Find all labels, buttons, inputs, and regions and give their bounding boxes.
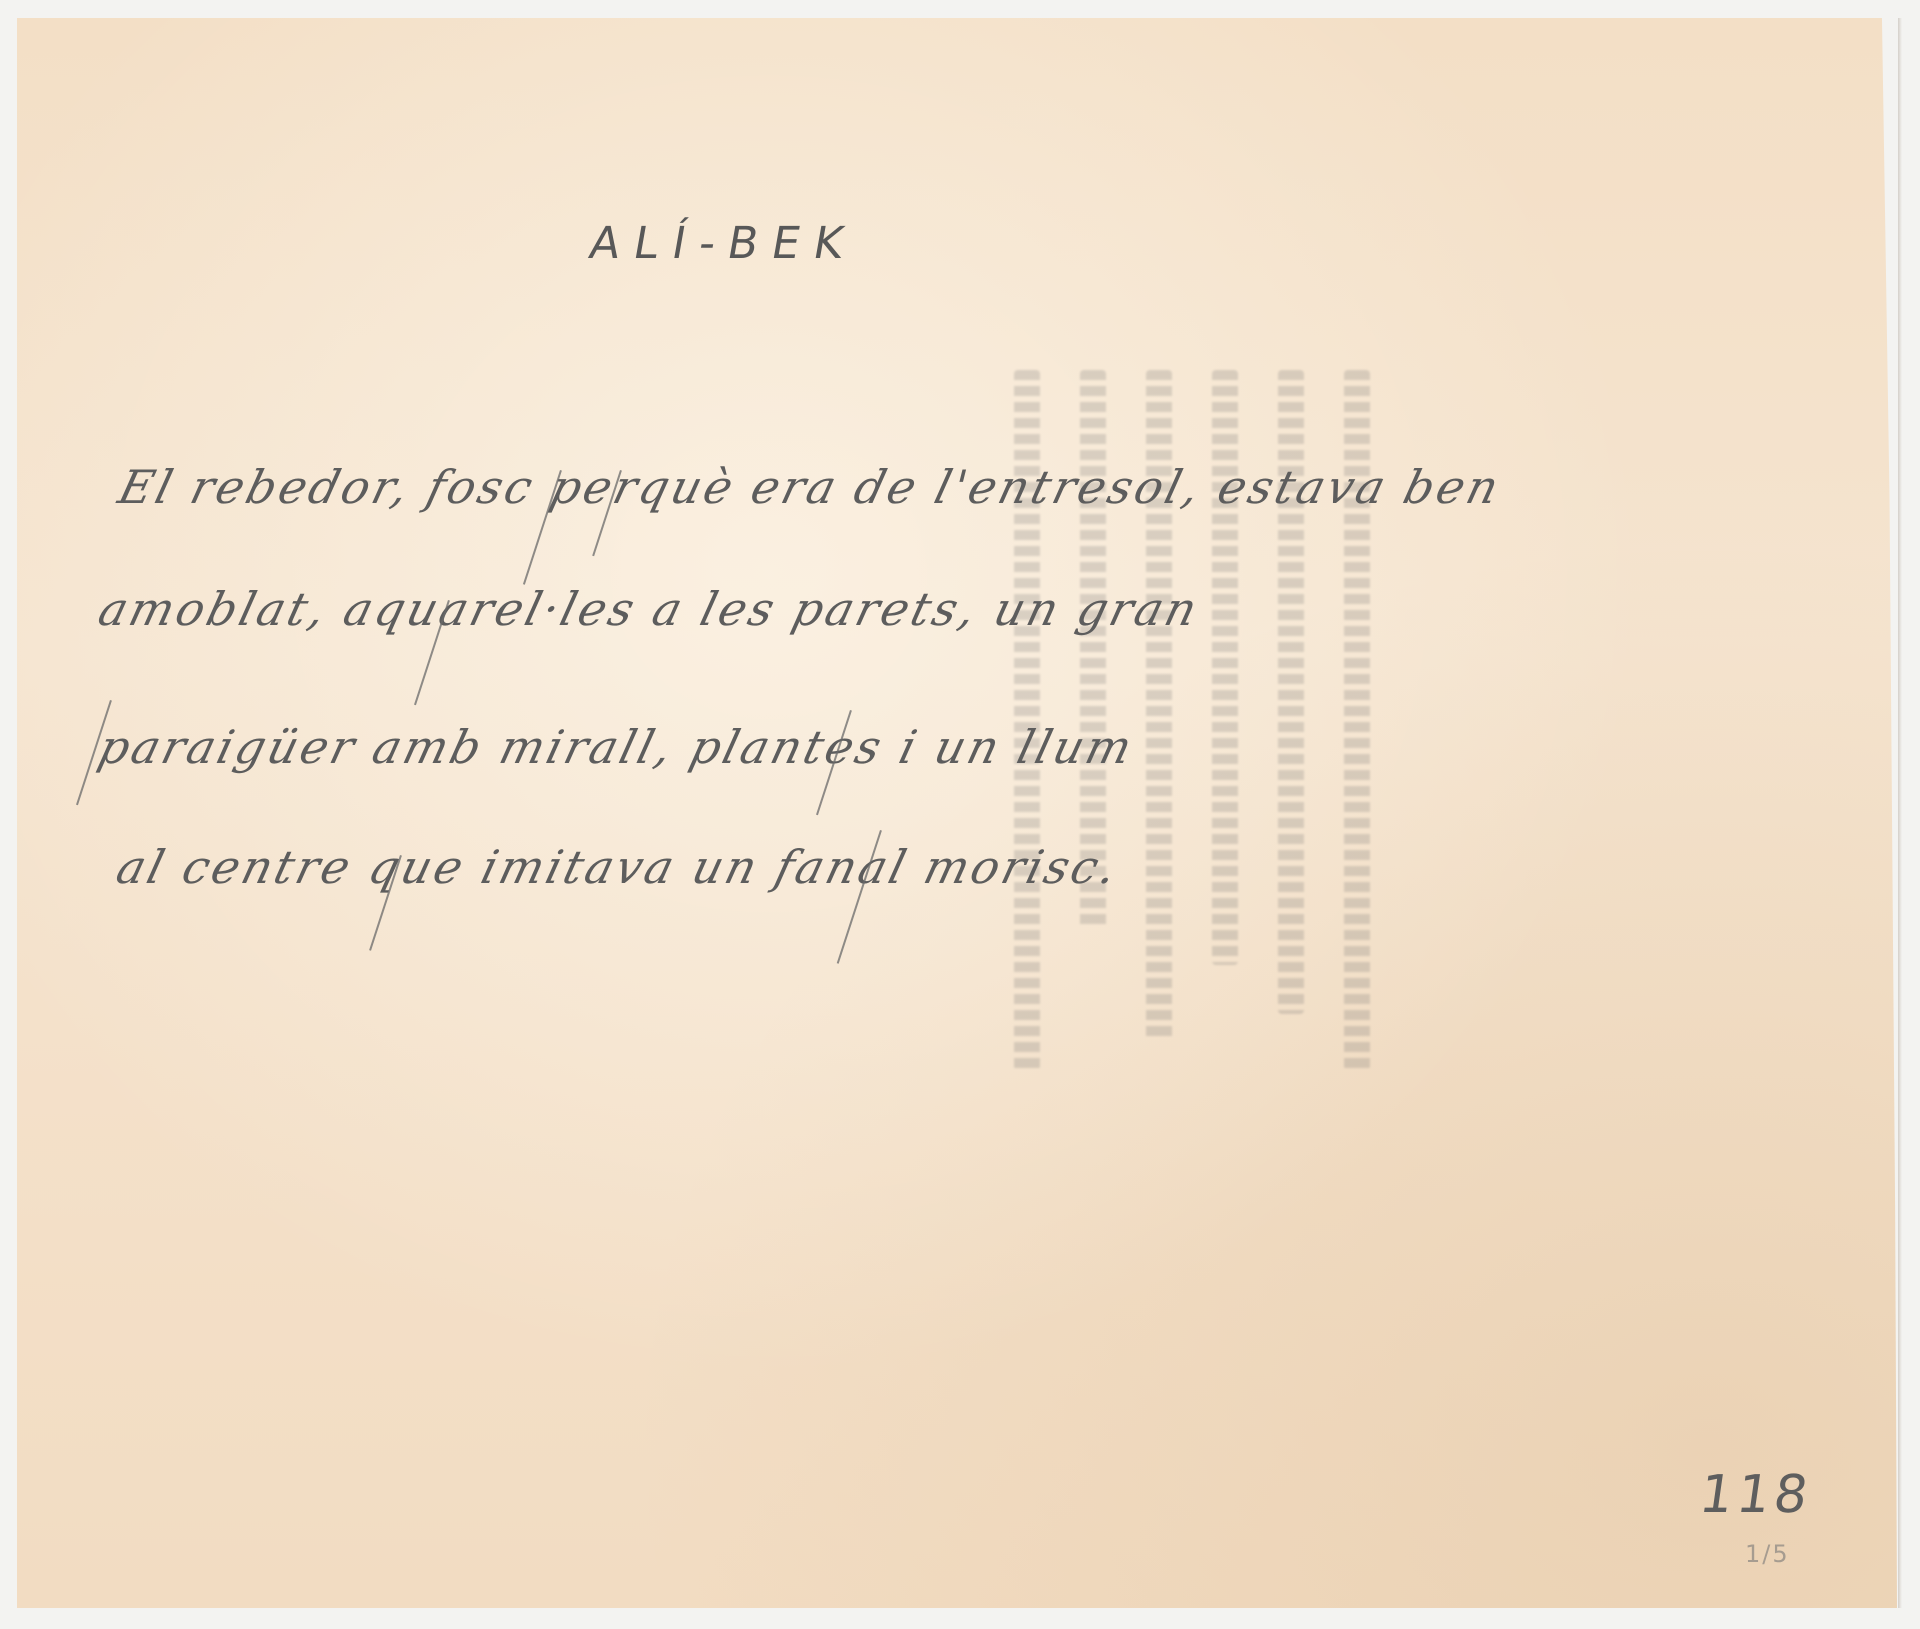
document-title: ALÍ-BEK: [586, 218, 862, 269]
paper-sheet: [17, 18, 1897, 1608]
body-line-1: El rebedor, fosc perquè era de l'entreso…: [113, 460, 1507, 514]
page-number: 118: [1696, 1465, 1816, 1525]
page-sub-number: 1/5: [1745, 1540, 1790, 1568]
body-line-3: paraigüer amb mirall, plantes i un llum: [93, 720, 1140, 774]
paper-edge-shadow: [1898, 18, 1902, 1608]
body-line-2: amoblat, aquarel·les a les parets, un gr…: [93, 582, 1205, 636]
body-line-4: al centre que imitava un fanal morisc.: [111, 840, 1125, 894]
